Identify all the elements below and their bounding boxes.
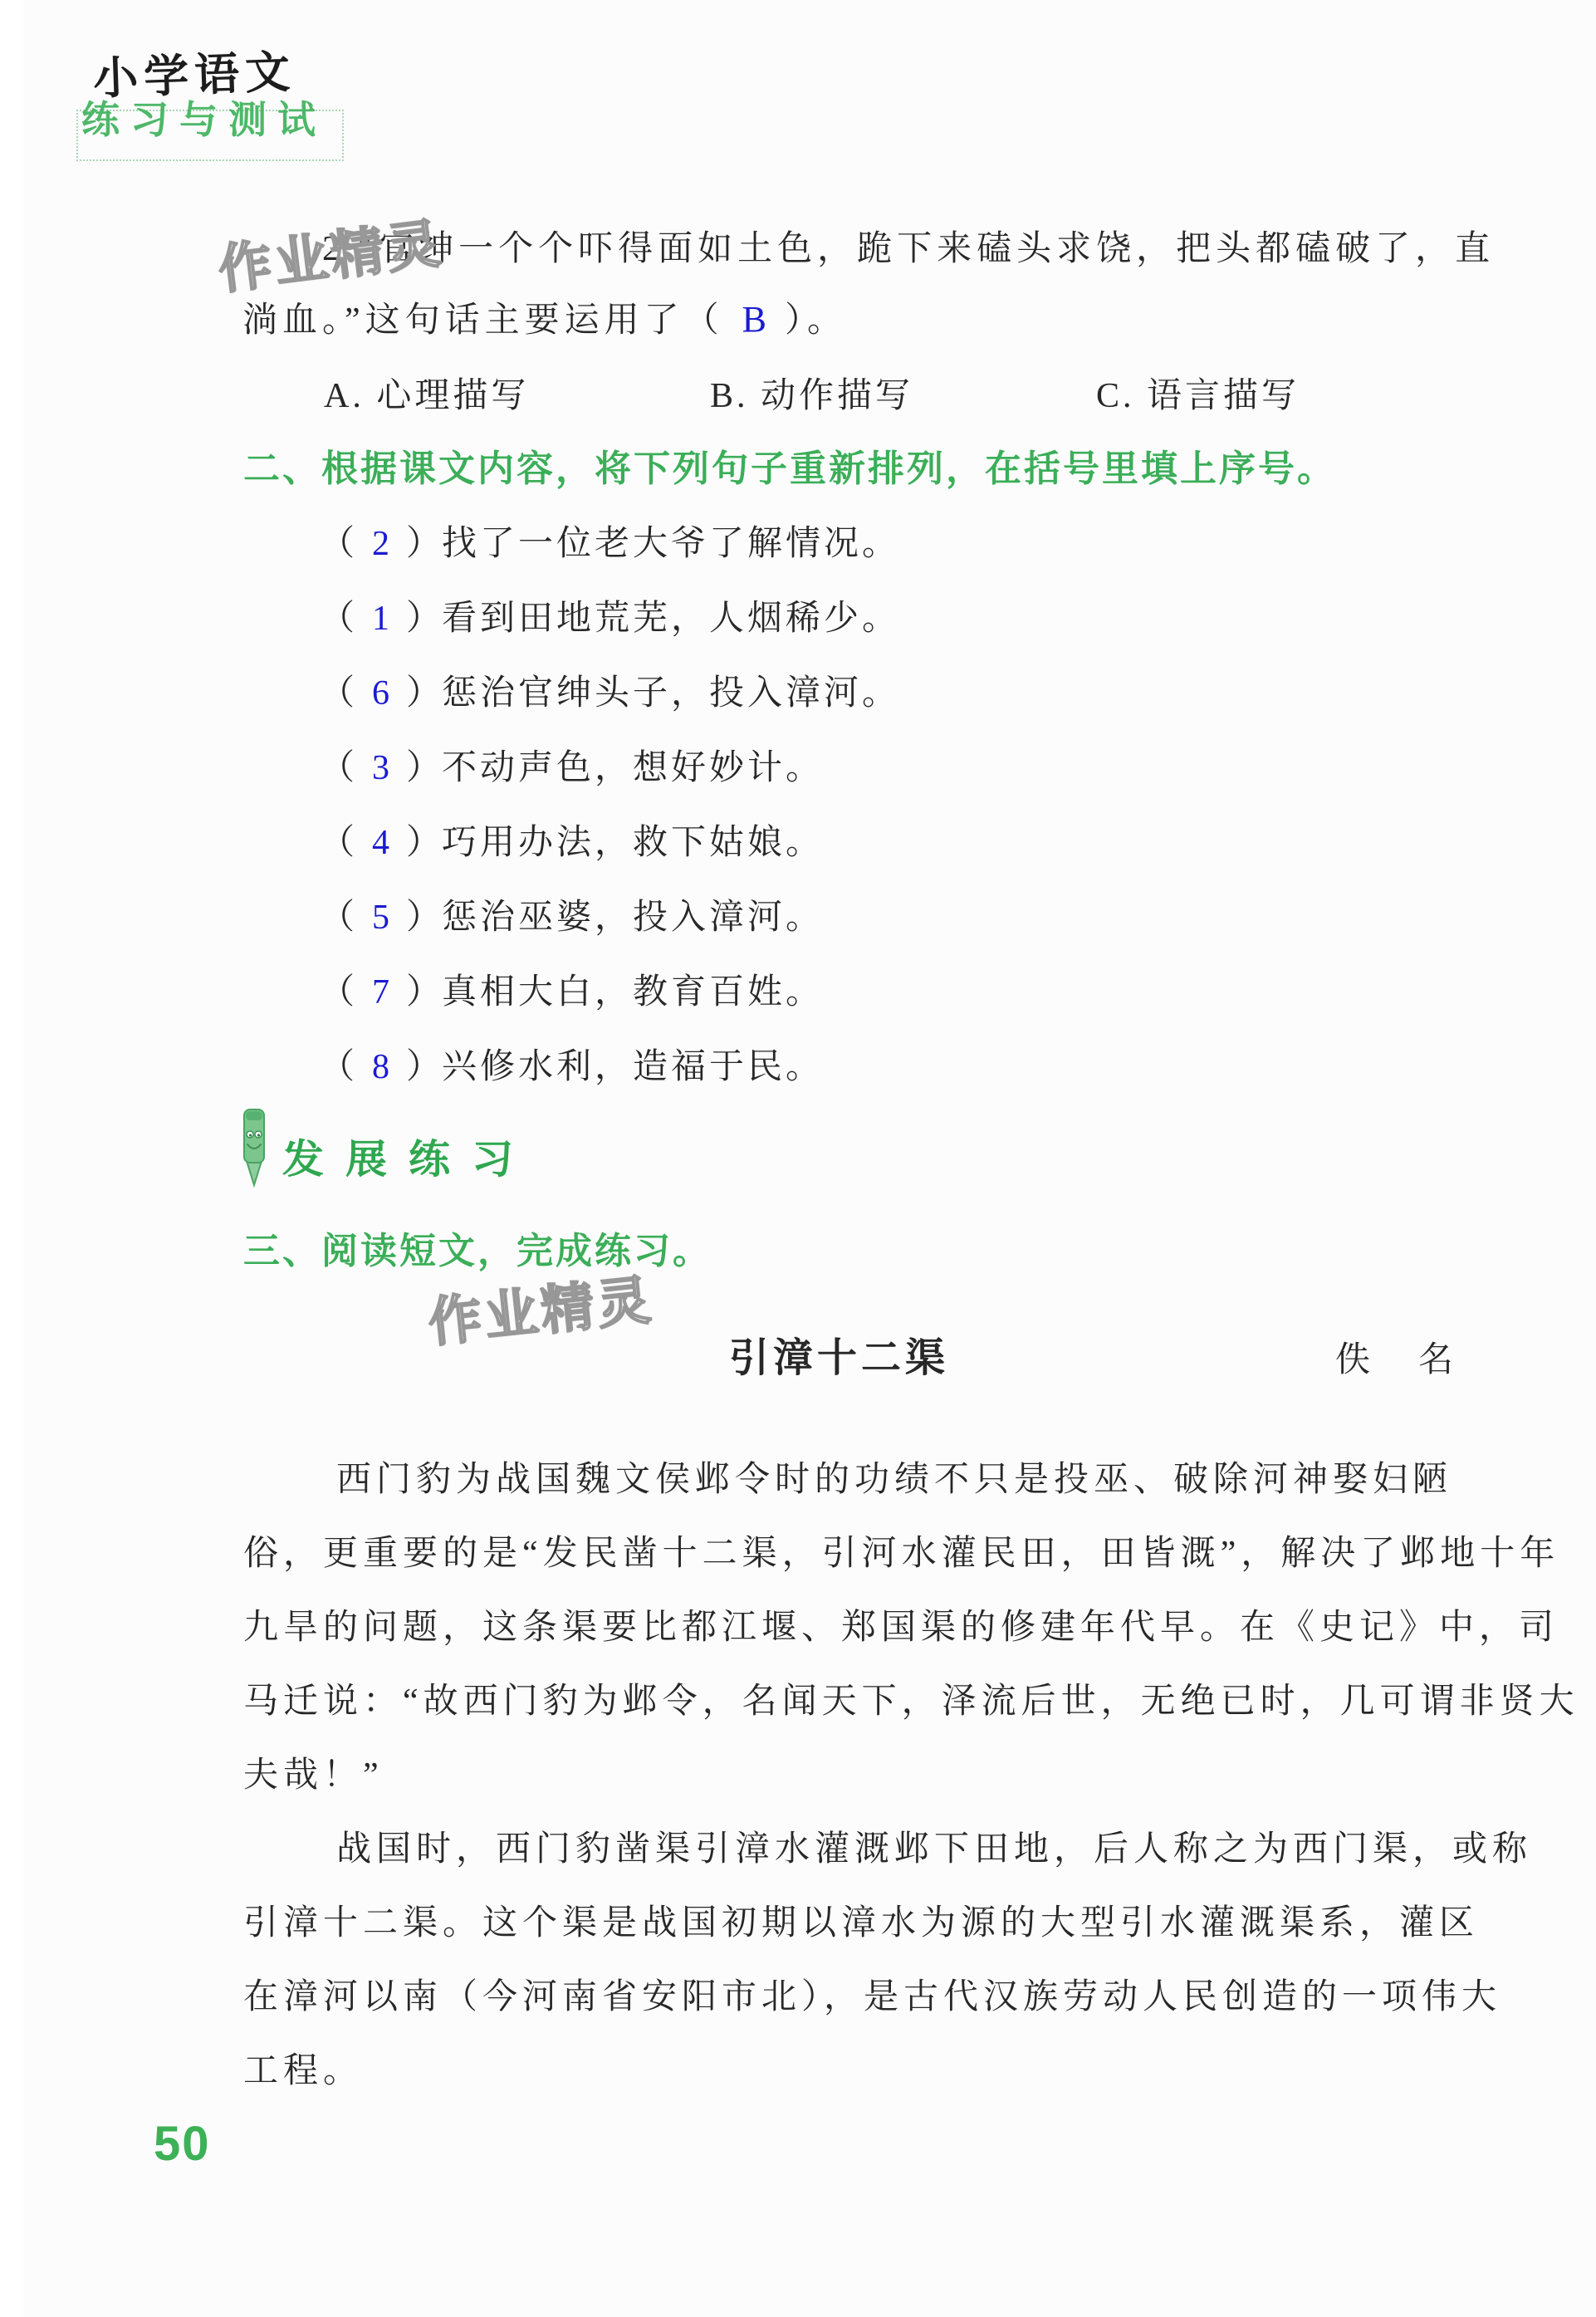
reorder-item: （5）惩治巫婆，投入漳河。 bbox=[320, 889, 824, 939]
item-answer: 4 bbox=[372, 824, 389, 862]
development-practice-banner: 发展练习 bbox=[282, 1127, 535, 1184]
reorder-item: （7）真相大白，教育百姓。 bbox=[320, 964, 824, 1014]
reorder-item: （2）找了一位老大爷了解情况。 bbox=[320, 516, 900, 566]
paren-open: （ bbox=[320, 600, 355, 638]
item-text: 巧用办法，救下姑娘。 bbox=[442, 824, 824, 862]
option-b: B. 动作描写 bbox=[710, 368, 913, 418]
paren-open: （ bbox=[320, 899, 355, 937]
paren-close: ） bbox=[406, 824, 442, 862]
crayon-icon bbox=[237, 1103, 271, 1188]
paren-open: （ bbox=[320, 1048, 355, 1086]
paren-open: （ bbox=[320, 824, 355, 862]
article-para2-line4: 工程。 bbox=[243, 2043, 363, 2093]
paren-close: ） bbox=[406, 899, 442, 937]
item-answer: 8 bbox=[372, 1048, 389, 1086]
paren-close: ） bbox=[406, 1048, 442, 1086]
paren-close: ） bbox=[406, 973, 442, 1012]
article-author: 佚 名 bbox=[1335, 1332, 1460, 1382]
reorder-item: （6）惩治官绅头子，投入漳河。 bbox=[320, 665, 900, 715]
item-text: 惩治官绅头子，投入漳河。 bbox=[442, 674, 900, 713]
article-para1-line4: 马迁说：“故西门豹为邺令，名闻天下，泽流后世，无绝已时，几可谓非贤大 bbox=[243, 1673, 1579, 1723]
item-text: 看到田地荒芜，人烟稀少。 bbox=[442, 600, 900, 638]
paren-close: ） bbox=[406, 749, 442, 787]
item-text: 找了一位老大爷了解情况。 bbox=[442, 525, 900, 563]
paren-open: （ bbox=[320, 674, 355, 713]
item-answer: 3 bbox=[372, 749, 389, 787]
item-answer: 7 bbox=[372, 973, 389, 1012]
question2-line2-suffix: ）。 bbox=[785, 301, 847, 340]
item-answer: 5 bbox=[372, 899, 389, 937]
question2-line2-prefix: 淌血。”这句话主要运用了（ bbox=[242, 301, 724, 340]
question2-line1: 2.“官绅一个个吓得面如土色，跪下来磕头求饶，把头都磕破了，直 bbox=[322, 221, 1495, 271]
article-para2-line3: 在漳河以南（今河南省安阳市北），是古代汉族劳动人民创造的一项伟大 bbox=[243, 1969, 1501, 2019]
item-text: 不动声色，想好妙计。 bbox=[442, 749, 824, 787]
option-a: A. 心理描写 bbox=[324, 368, 529, 418]
item-answer: 1 bbox=[372, 600, 389, 638]
item-text: 兴修水利，造福于民。 bbox=[442, 1048, 824, 1086]
workbook-page: 小学语文 练习与测试 作业精灵 作业精灵 2.“官绅一个个吓得面如土色，跪下来磕… bbox=[0, 0, 1596, 2317]
option-c: C. 语言描写 bbox=[1096, 368, 1300, 418]
reorder-item: （1）看到田地荒芜，人烟稀少。 bbox=[320, 590, 900, 640]
reorder-item: （8）兴修水利，造福于民。 bbox=[320, 1039, 824, 1089]
reorder-item: （3）不动声色，想好妙计。 bbox=[320, 740, 824, 790]
article-para1-line1: 西门豹为战国魏文侯邺令时的功绩不只是投巫、破除河神娶妇陋 bbox=[336, 1452, 1452, 1501]
paren-close: ） bbox=[406, 525, 442, 563]
item-answer: 6 bbox=[372, 674, 389, 713]
item-text: 惩治巫婆，投入漳河。 bbox=[442, 899, 824, 937]
section2-heading: 二、根据课文内容，将下列句子重新排列，在括号里填上序号。 bbox=[243, 438, 1336, 492]
question2-line2: 淌血。”这句话主要运用了（B）。 bbox=[242, 292, 847, 342]
watermark-top: 作业精灵 bbox=[213, 201, 447, 304]
article-para2-line2: 引漳十二渠。这个渠是战国初期以漳水为源的大型引水灌溉渠系，灌区 bbox=[243, 1895, 1479, 1945]
paren-open: （ bbox=[320, 973, 355, 1012]
page-number: 50 bbox=[154, 2116, 211, 2172]
scan-edge bbox=[0, 0, 23, 2317]
series-subtitle: 练习与测试 bbox=[81, 90, 326, 145]
article-para1-line2: 俗，更重要的是“发民凿十二渠，引河水灌民田，田皆溉”，解决了邺地十年 bbox=[243, 1526, 1559, 1575]
paren-open: （ bbox=[320, 525, 355, 563]
item-answer: 2 bbox=[372, 525, 389, 563]
article-para1-line5: 夫哉！” bbox=[243, 1747, 384, 1797]
article-para1-line3: 九旱的问题，这条渠要比都江堰、郑国渠的修建年代早。在《史记》中，司 bbox=[243, 1599, 1559, 1649]
reorder-item: （4）巧用办法，救下姑娘。 bbox=[320, 815, 824, 865]
article-title: 引漳十二渠 bbox=[729, 1325, 949, 1383]
question2-answer: B bbox=[742, 299, 766, 340]
paren-close: ） bbox=[406, 600, 442, 638]
item-text: 真相大白，教育百姓。 bbox=[442, 973, 824, 1012]
paren-close: ） bbox=[406, 674, 442, 713]
article-para2-line1: 战国时，西门豹凿渠引漳水灌溉邺下田地，后人称之为西门渠，或称 bbox=[336, 1821, 1532, 1871]
paren-open: （ bbox=[320, 749, 355, 787]
